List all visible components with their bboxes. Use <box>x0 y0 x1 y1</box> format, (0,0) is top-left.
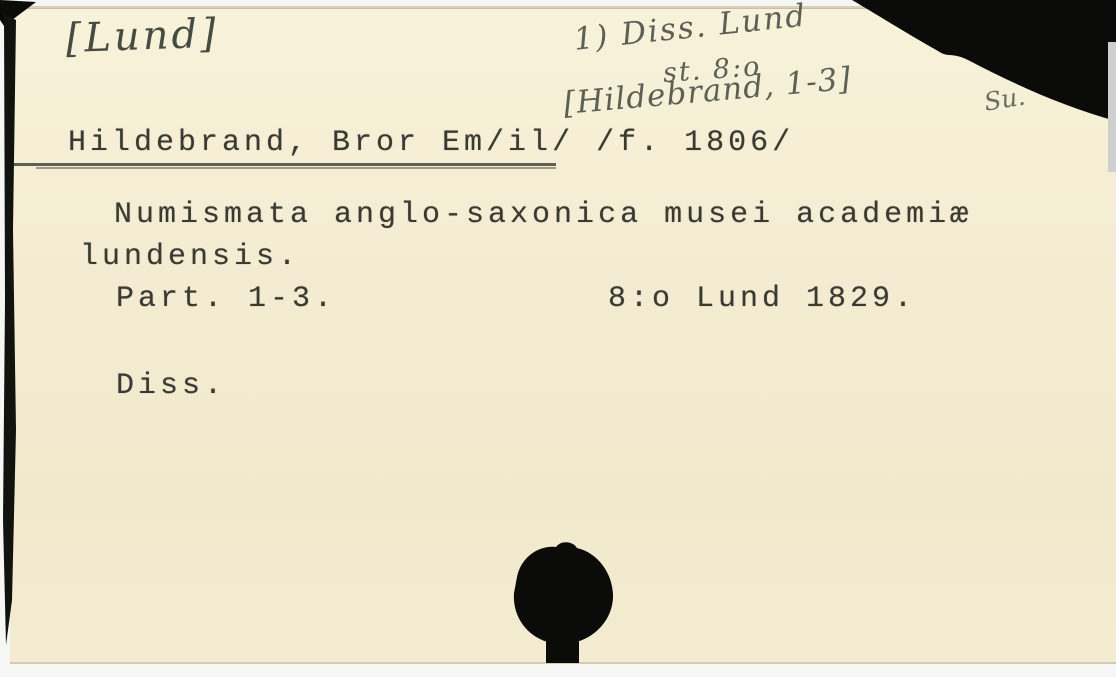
catalog-card: [Lund] 1) Diss. Lund st. 8:o [Hildebrand… <box>10 6 1116 664</box>
annotation-class-line1: 1) Diss. Lund <box>572 0 809 58</box>
scanned-catalog-card-page: [Lund] 1) Diss. Lund st. 8:o [Hildebrand… <box>0 0 1116 677</box>
dissertation-note: Diss. <box>116 371 226 401</box>
title-line-2: lundensis. <box>80 242 300 272</box>
annotation-corner-note: Su. <box>982 82 1027 117</box>
heading-underline-heavy <box>36 167 556 169</box>
part-statement: Part. 1-3. <box>116 284 336 314</box>
title-line-1: Numismata anglo-saxonica musei academiæ <box>114 200 972 230</box>
imprint: 8:o Lund 1829. <box>608 284 916 314</box>
annotation-entry-heading: [Lund] <box>65 11 219 62</box>
main-entry-heading: Hildebrand, Bror Em/il/ /f. 1806/ <box>68 128 794 158</box>
heading-underline <box>10 163 556 166</box>
